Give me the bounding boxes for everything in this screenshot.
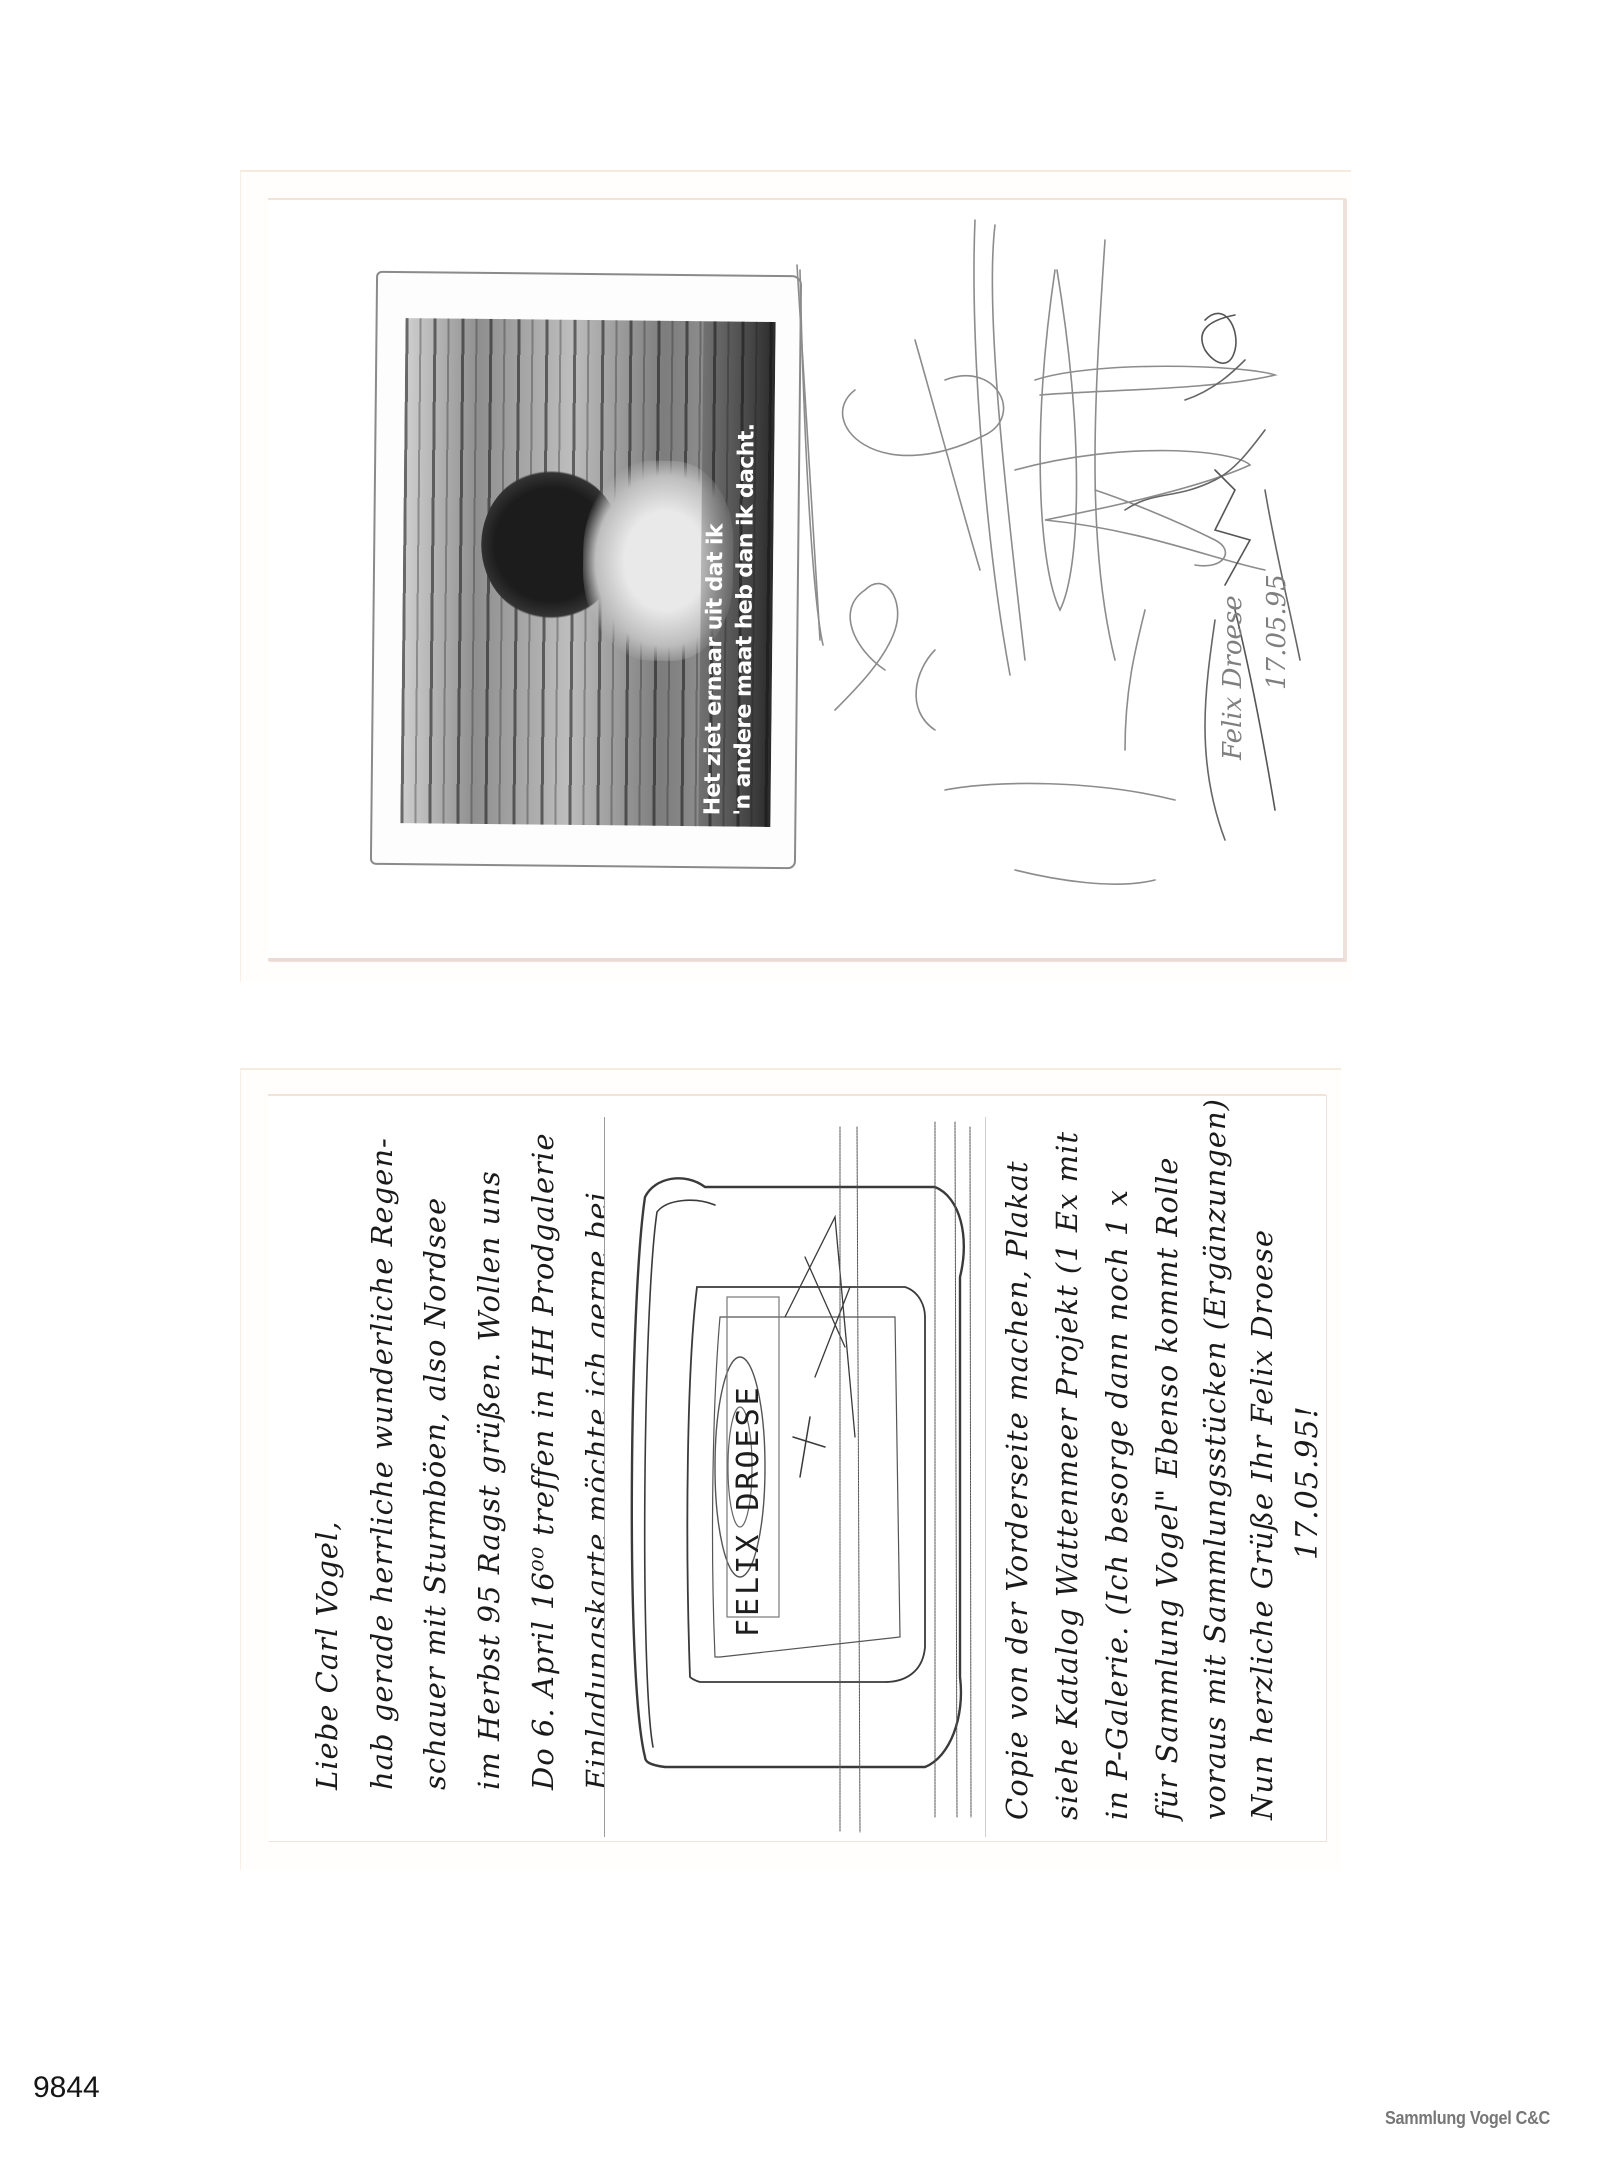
letter-line: Do 6. April 16⁰⁰ treffen in HH Prodgaler…	[526, 1133, 560, 1791]
letter-line: für Sammlung Vogel" Ebenso kommt Rolle	[1150, 1157, 1184, 1820]
letter-line: Copie von der Vorderseite machen, Plakat	[1000, 1160, 1034, 1820]
photo-caption-line-2: 'n andere maat heb dan ik dacht.	[728, 336, 763, 816]
photocopy-image: Het ziet ernaar uit dat ik 'n andere maa…	[400, 318, 775, 827]
letter-date: 17.05.95!	[1290, 1405, 1325, 1560]
letter-line: schauer mit Sturmböen, also Nordsee	[418, 1197, 452, 1790]
sketch-label-felix-droese: FELIX DROESE	[731, 1307, 766, 1637]
letter-line: Nun herzliche Grüße Ihr Felix Droese	[1245, 1229, 1279, 1820]
letter-line: in P-Galerie. (Ich besorge dann noch 1 x	[1100, 1189, 1134, 1820]
copy-panel: FELIX DROESE	[604, 1117, 986, 1837]
letter-line: voraus mit Sammlungsstücken (Ergänzungen…	[1198, 1098, 1232, 1820]
inventory-number: 9844	[33, 2071, 100, 2105]
rounded-box-sketch	[605, 1117, 985, 1837]
drawing-date: 17.05.95	[1262, 574, 1292, 690]
letter-line: Liebe Carl Vogel,	[310, 1521, 344, 1790]
letter-line: siehe Katalog Wattenmeer Projekt (1 Ex m…	[1050, 1131, 1084, 1820]
letter-line: hab gerade herrliche wunderliche Regen-	[365, 1137, 399, 1790]
photocopy-panel: Het ziet ernaar uit dat ik 'n andere maa…	[370, 271, 802, 869]
collection-credit: Sammlung Vogel C&C	[1385, 2108, 1550, 2129]
drawing-signature: Felix Droese	[1218, 595, 1248, 760]
letter-line: im Herbst 95 Ragst grüßen. Wollen uns	[472, 1170, 506, 1790]
photo-caption: Het ziet ernaar uit dat ik 'n andere maa…	[698, 335, 767, 816]
